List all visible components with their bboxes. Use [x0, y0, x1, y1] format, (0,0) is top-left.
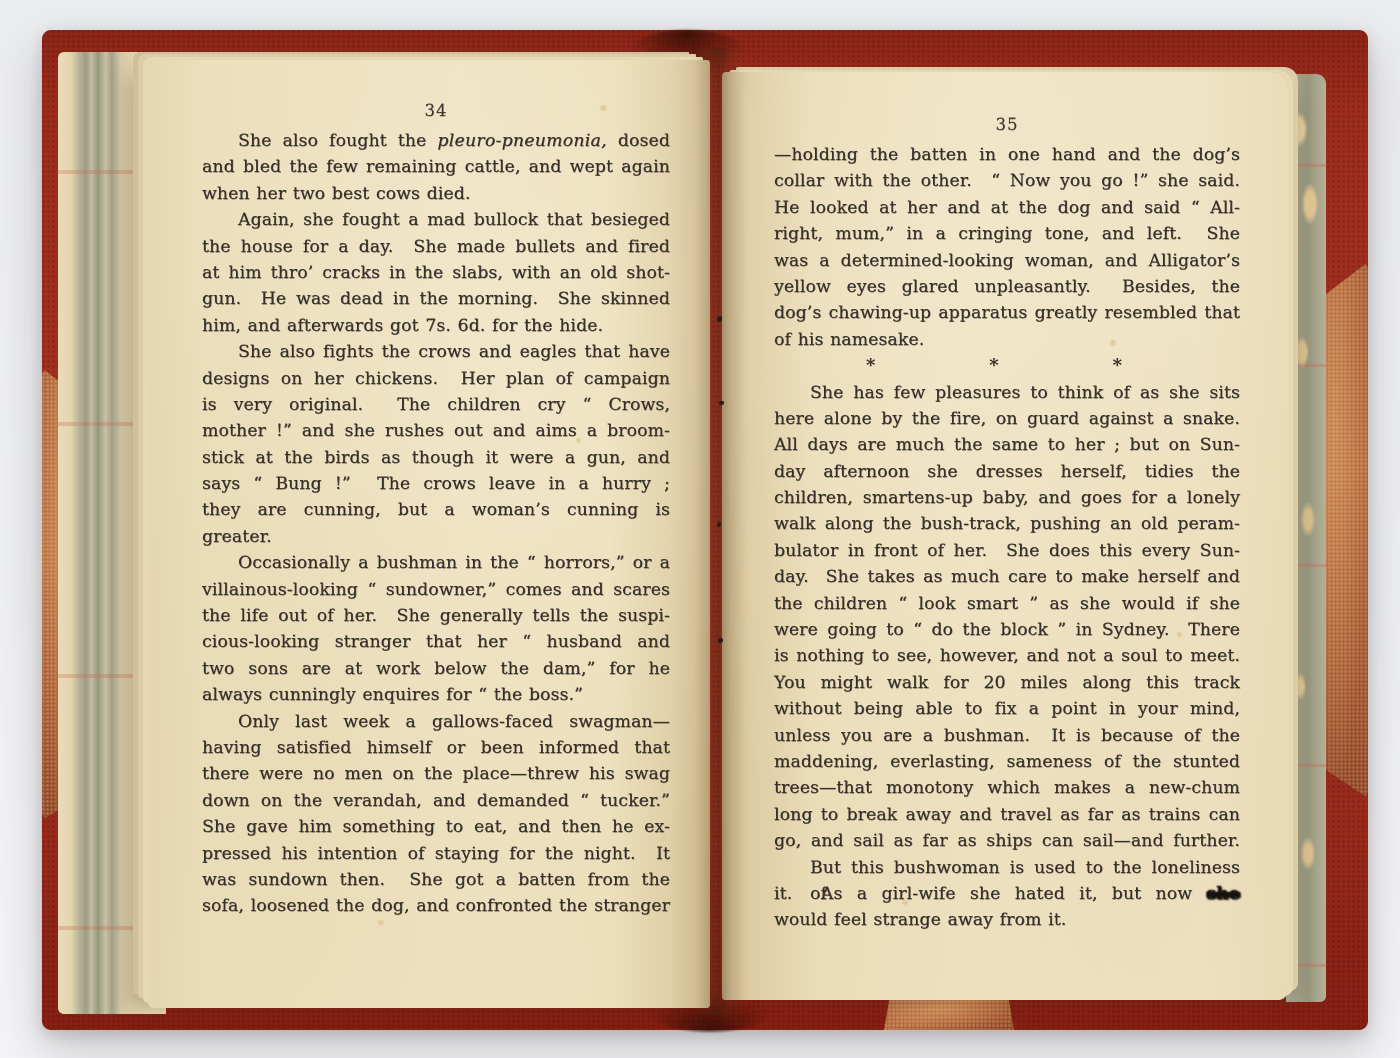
photo-background: 34 She also fought the pleuro-pneumonia,… [0, 0, 1400, 1058]
text-line: the children “ look smart ” as she would… [774, 591, 1240, 617]
text-line: bulator in front of her. She does this e… [774, 538, 1240, 564]
page-number: 34 [202, 98, 670, 124]
text-line: She also fights the crows and eagles tha… [202, 339, 670, 365]
foxing-spot [600, 105, 607, 111]
text-line: —holding the batten in one hand and the … [774, 142, 1240, 168]
section-separator: *** [774, 353, 1240, 379]
foxing-spot [1177, 632, 1182, 637]
text-line: Occasionally a bushman in the “ horrors,… [202, 550, 670, 576]
text-line: villainous-looking “ sundowner,” comes a… [202, 577, 670, 603]
page-edges-fore-edge [1286, 74, 1326, 1002]
page-35-content: 35 —holding the batten in one hand and t… [722, 72, 1288, 1000]
text-line: two sons are at work below the dam,” for… [202, 656, 670, 682]
text-line: mother !” and she rushes out and aims a … [202, 418, 670, 444]
text-line: at him thro’ cracks in the slabs, with a… [202, 260, 670, 286]
text-line: it. As a girl-wife she hated it, but now… [774, 881, 1240, 907]
text-block: She also fought the pleuro-pneumonia, do… [202, 128, 670, 920]
text-line: He looked at her and at the dog and said… [774, 195, 1240, 221]
page-number: 35 [774, 112, 1240, 138]
text-line: unless you are a bushman. It is because … [774, 723, 1240, 749]
text-line: Only last week a gallows-faced swagman— [202, 709, 670, 735]
text-line: You might walk for 20 miles along this t… [774, 670, 1240, 696]
text-line: walk along the bush-track, pushing an ol… [774, 511, 1240, 537]
text-line: was sundown then. She got a batten from … [202, 867, 670, 893]
text-line: of his namesake. [774, 327, 1240, 353]
asterisk: * [1113, 353, 1122, 379]
text-line: cious-looking stranger that her “ husban… [202, 629, 670, 655]
page-34-content: 34 She also fought the pleuro-pneumonia,… [148, 60, 710, 1008]
text-line: is nothing to see, however, and not a so… [774, 643, 1240, 669]
text-line: here alone by the fire, on guard against… [774, 406, 1240, 432]
text-line: children, smartens-up baby, and goes for… [774, 485, 1240, 511]
asterisk: * [866, 353, 875, 379]
text-line: designs on her chickens. Her plan of cam… [202, 366, 670, 392]
text-line: would feel strange away from it. [774, 907, 1240, 933]
foxing-spot [378, 920, 384, 925]
text-line: right, mum,” in a cringing tone, and lef… [774, 221, 1240, 247]
text-line: and bled the few remaining cattle, and w… [202, 154, 670, 180]
text-line: collar with the other. “ Now you go !” s… [774, 168, 1240, 194]
text-line: But this bushwoman is used to the loneli… [774, 855, 1240, 881]
text-line: the house for a day. She made bullets an… [202, 234, 670, 260]
text-line: long to break away and travel as far as … [774, 802, 1240, 828]
cover-corner-bottom [884, 1000, 1014, 1030]
foxing-spot [902, 900, 908, 905]
text-line: yellow eyes glared unpleasantly. Besides… [774, 274, 1240, 300]
text-block: —holding the batten in one hand and the … [774, 142, 1240, 934]
text-line: says “ Bung !” The crows leave in a hurr… [202, 471, 670, 497]
text-line: when her two best cows died. [202, 181, 670, 207]
text-line: Again, she fought a mad bullock that bes… [202, 207, 670, 233]
text-line: sofa, loosened the dog, and confronted t… [202, 893, 670, 919]
text-line: trees—that monotony which makes a new-ch… [774, 775, 1240, 801]
text-line: gun. He was dead in the morning. She ski… [202, 286, 670, 312]
smudged-word: she [1206, 884, 1240, 904]
text-line: dog’s chawing-up apparatus greatly resem… [774, 300, 1240, 326]
text-line: him, and afterwards got 7s. 6d. for the … [202, 313, 670, 339]
text-line: is very original. The children cry “ Cro… [202, 392, 670, 418]
text-line: maddening, everlasting, sameness of the … [774, 749, 1240, 775]
foxing-spot [576, 438, 581, 443]
text-line: All days are much the same to her ; but … [774, 432, 1240, 458]
page-34: 34 She also fought the pleuro-pneumonia,… [148, 60, 710, 1008]
text-line: pressed his intention of staying for the… [202, 841, 670, 867]
text-line: always cunningly enquires for “ the boss… [202, 682, 670, 708]
page-35: 35 —holding the batten in one hand and t… [722, 72, 1288, 1000]
text-line: there were no men on the place—threw his… [202, 761, 670, 787]
text-line: was a determined-looking woman, and Alli… [774, 248, 1240, 274]
text-line: day afternoon she dresses herself, tidie… [774, 459, 1240, 485]
text-line: go, and sail as far as ships can sail—an… [774, 828, 1240, 854]
text-line: having satisfied himself or been informe… [202, 735, 670, 761]
text-line: stick at the birds as though it were a g… [202, 445, 670, 471]
text-line: the life out of her. She generally tells… [202, 603, 670, 629]
asterisk: * [989, 353, 998, 379]
text-line: down on the verandah, and demanded “ tuc… [202, 788, 670, 814]
text-line: without being able to fix a point in you… [774, 696, 1240, 722]
text-line: She has few pleasures to think of as she… [774, 380, 1240, 406]
text-line: She also fought the pleuro-pneumonia, do… [202, 128, 670, 154]
text-line: greater. [202, 524, 670, 550]
text-line: were going to “ do the block ” in Sydney… [774, 617, 1240, 643]
text-line: day. She takes as much care to make hers… [774, 564, 1240, 590]
text-line: they are cunning, but a woman’s cunning … [202, 497, 670, 523]
text-line: She gave him something to eat, and then … [202, 814, 670, 840]
foxing-spot [1110, 340, 1116, 346]
